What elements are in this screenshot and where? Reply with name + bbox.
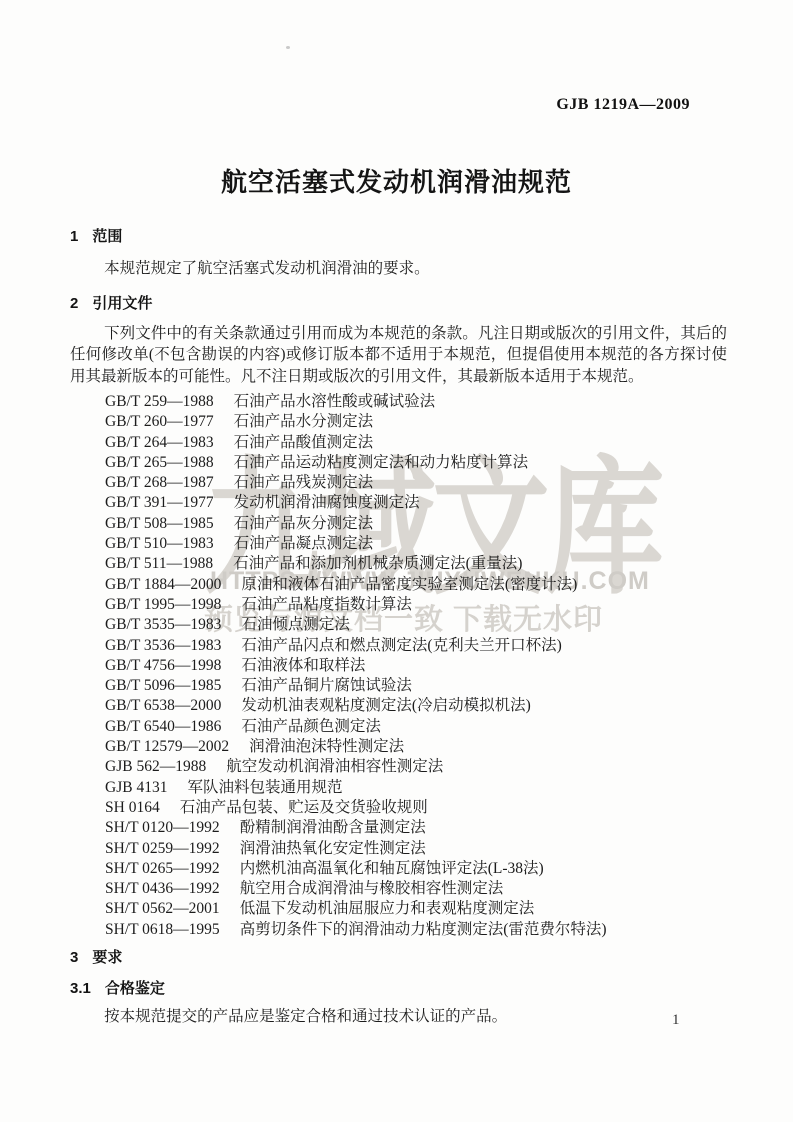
reference-item: GB/T 265—1988石油产品运动粘度测定法和动力粘度计算法 xyxy=(105,453,727,473)
reference-item: GB/T 511—1988石油产品和添加剂机械杂质测定法(重量法) xyxy=(105,554,727,574)
reference-title: 酚精制润滑油酚含量测定法 xyxy=(240,819,426,836)
reference-code: GB/T 510—1983 xyxy=(105,534,214,554)
reference-code: GB/T 508—1985 xyxy=(105,514,214,534)
reference-title: 石油液体和取样法 xyxy=(241,657,365,674)
reference-code: GB/T 3535—1983 xyxy=(105,615,221,635)
reference-code: GB/T 1995—1998 xyxy=(105,595,221,615)
reference-title: 石油产品灰分测定法 xyxy=(234,515,374,532)
reference-title: 石油产品凝点测定法 xyxy=(234,535,374,552)
reference-item: GB/T 264—1983石油产品酸值测定法 xyxy=(105,433,727,453)
reference-code: GB/T 268—1987 xyxy=(105,473,214,493)
reference-title: 发动机油表观粘度测定法(冷启动模拟机法) xyxy=(241,697,530,714)
reference-code: GJB 562—1988 xyxy=(105,757,206,777)
reference-title: 内燃机油高温氧化和轴瓦腐蚀评定法(L-38法) xyxy=(240,860,544,877)
reference-item: SH/T 0120—1992酚精制润滑油酚含量测定法 xyxy=(105,818,727,838)
section-2-intro-paragraph: 下列文件中的有关条款通过引用而成为本规范的条款。凡注日期或版次的引用文件，其后的… xyxy=(70,323,727,388)
reference-code: GB/T 264—1983 xyxy=(105,433,214,453)
reference-item: GB/T 5096—1985石油产品铜片腐蚀试验法 xyxy=(105,676,727,696)
reference-item: GB/T 260—1977石油产品水分测定法 xyxy=(105,412,727,432)
reference-code: SH/T 0120—1992 xyxy=(105,818,220,838)
reference-title: 石油产品包装、贮运及交货验收规则 xyxy=(180,799,428,816)
document-body: 1范围 本规范规定了航空活塞式发动机润滑油的要求。 2引用文件 下列文件中的有关… xyxy=(70,228,727,1028)
doc-title: 航空活塞式发动机润滑油规范 xyxy=(0,162,793,199)
references-list: GB/T 259—1988石油产品水溶性酸或碱试验法 GB/T 260—1977… xyxy=(70,392,727,940)
reference-title: 石油倾点测定法 xyxy=(241,616,350,633)
reference-item: GB/T 268—1987石油产品残炭测定法 xyxy=(105,473,727,493)
section-1-heading: 1范围 xyxy=(70,228,727,246)
reference-title: 石油产品残炭测定法 xyxy=(234,474,374,491)
reference-item: GB/T 1884—2000原油和液体石油产品密度实验室测定法(密度计法) xyxy=(105,575,727,595)
section-2-number: 2 xyxy=(70,295,78,312)
reference-title: 石油产品运动粘度测定法和动力粘度计算法 xyxy=(234,454,529,471)
reference-item: GB/T 4756—1998石油液体和取样法 xyxy=(105,656,727,676)
reference-title: 石油产品粘度指数计算法 xyxy=(241,596,412,613)
reference-code: GJB 4131 xyxy=(105,778,167,798)
reference-code: GB/T 5096—1985 xyxy=(105,676,221,696)
reference-code: GB/T 260—1977 xyxy=(105,412,214,432)
reference-item: SH/T 0436—1992航空用合成润滑油与橡胶相容性测定法 xyxy=(105,879,727,899)
reference-title: 军队油料包装通用规范 xyxy=(187,779,342,796)
reference-item: GB/T 259—1988石油产品水溶性酸或碱试验法 xyxy=(105,392,727,412)
reference-item: GB/T 6538—2000发动机油表观粘度测定法(冷启动模拟机法) xyxy=(105,696,727,716)
reference-code: GB/T 3536—1983 xyxy=(105,636,221,656)
reference-item: GB/T 12579—2002润滑油泡沫特性测定法 xyxy=(105,737,727,757)
reference-item: GB/T 508—1985石油产品灰分测定法 xyxy=(105,514,727,534)
document-page: GJB 1219A—2009 航空活塞式发动机润滑油规范 1范围 本规范规定了航… xyxy=(0,0,793,1122)
reference-item: GB/T 391—1977发动机润滑油腐蚀度测定法 xyxy=(105,493,727,513)
reference-item: GB/T 3536—1983石油产品闪点和燃点测定法(克利夫兰开口杯法) xyxy=(105,636,727,656)
section-3-title: 要求 xyxy=(92,949,122,966)
section-1-title: 范围 xyxy=(92,228,122,245)
reference-item: GB/T 510—1983石油产品凝点测定法 xyxy=(105,534,727,554)
reference-title: 润滑油热氧化安定性测定法 xyxy=(240,840,426,857)
section-3-number: 3 xyxy=(70,949,78,966)
section-3-1-number: 3.1 xyxy=(70,980,91,997)
reference-title: 石油产品铜片腐蚀试验法 xyxy=(241,677,412,694)
reference-code: GB/T 4756—1998 xyxy=(105,656,221,676)
reference-code: GB/T 6538—2000 xyxy=(105,696,221,716)
reference-item: GB/T 6540—1986石油产品颜色测定法 xyxy=(105,717,727,737)
reference-title: 石油产品水分测定法 xyxy=(234,413,374,430)
reference-title: 石油产品和添加剂机械杂质测定法(重量法) xyxy=(233,555,522,572)
reference-code: SH 0164 xyxy=(105,798,160,818)
reference-code: SH/T 0436—1992 xyxy=(105,879,220,899)
reference-item: SH/T 0618—1995高剪切条件下的润滑油动力粘度测定法(雷范费尔特法) xyxy=(105,920,727,940)
section-3-1-heading: 3.1合格鉴定 xyxy=(70,980,727,998)
reference-code: SH/T 0259—1992 xyxy=(105,839,220,859)
reference-code: GB/T 391—1977 xyxy=(105,493,214,513)
reference-title: 石油产品水溶性酸或碱试验法 xyxy=(234,393,436,410)
section-1-number: 1 xyxy=(70,228,78,245)
section-2-title: 引用文件 xyxy=(92,295,152,312)
reference-title: 高剪切条件下的润滑油动力粘度测定法(雷范费尔特法) xyxy=(240,921,607,938)
reference-code: SH/T 0562—2001 xyxy=(105,899,220,919)
reference-item: GJB 4131军队油料包装通用规范 xyxy=(105,778,727,798)
reference-title: 石油产品酸值测定法 xyxy=(234,434,374,451)
reference-item: SH 0164石油产品包装、贮运及交货验收规则 xyxy=(105,798,727,818)
reference-title: 原油和液体石油产品密度实验室测定法(密度计法) xyxy=(241,576,577,593)
reference-item: SH/T 0562—2001低温下发动机油屈服应力和表观粘度测定法 xyxy=(105,899,727,919)
reference-code: GB/T 259—1988 xyxy=(105,392,214,412)
section-2-heading: 2引用文件 xyxy=(70,295,727,313)
doc-code: GJB 1219A—2009 xyxy=(556,96,690,114)
reference-code: SH/T 0618—1995 xyxy=(105,920,220,940)
section-3-1-title: 合格鉴定 xyxy=(105,980,165,997)
reference-code: GB/T 511—1988 xyxy=(105,554,213,574)
page-number: 1 xyxy=(672,1012,680,1029)
reference-code: GB/T 6540—1986 xyxy=(105,717,221,737)
reference-code: GB/T 1884—2000 xyxy=(105,575,221,595)
reference-item: GJB 562—1988航空发动机润滑油相容性测定法 xyxy=(105,757,727,777)
reference-code: SH/T 0265—1992 xyxy=(105,859,220,879)
reference-title: 低温下发动机油屈服应力和表观粘度测定法 xyxy=(240,900,535,917)
reference-item: GB/T 1995—1998石油产品粘度指数计算法 xyxy=(105,595,727,615)
reference-code: GB/T 12579—2002 xyxy=(105,737,229,757)
reference-title: 航空用合成润滑油与橡胶相容性测定法 xyxy=(240,880,504,897)
reference-item: GB/T 3535—1983石油倾点测定法 xyxy=(105,615,727,635)
reference-code: GB/T 265—1988 xyxy=(105,453,214,473)
reference-title: 润滑油泡沫特性测定法 xyxy=(249,738,404,755)
section-3-heading: 3要求 xyxy=(70,949,727,967)
reference-title: 石油产品闪点和燃点测定法(克利夫兰开口杯法) xyxy=(241,637,561,654)
reference-title: 石油产品颜色测定法 xyxy=(241,718,381,735)
reference-item: SH/T 0259—1992润滑油热氧化安定性测定法 xyxy=(105,839,727,859)
section-1-paragraph: 本规范规定了航空活塞式发动机润滑油的要求。 xyxy=(70,258,727,280)
reference-title: 发动机润滑油腐蚀度测定法 xyxy=(234,494,420,511)
reference-title: 航空发动机润滑油相容性测定法 xyxy=(226,758,443,775)
reference-item: SH/T 0265—1992内燃机油高温氧化和轴瓦腐蚀评定法(L-38法) xyxy=(105,859,727,879)
section-3-1-paragraph: 按本规范提交的产品应是鉴定合格和通过技术认证的产品。 xyxy=(70,1006,727,1028)
